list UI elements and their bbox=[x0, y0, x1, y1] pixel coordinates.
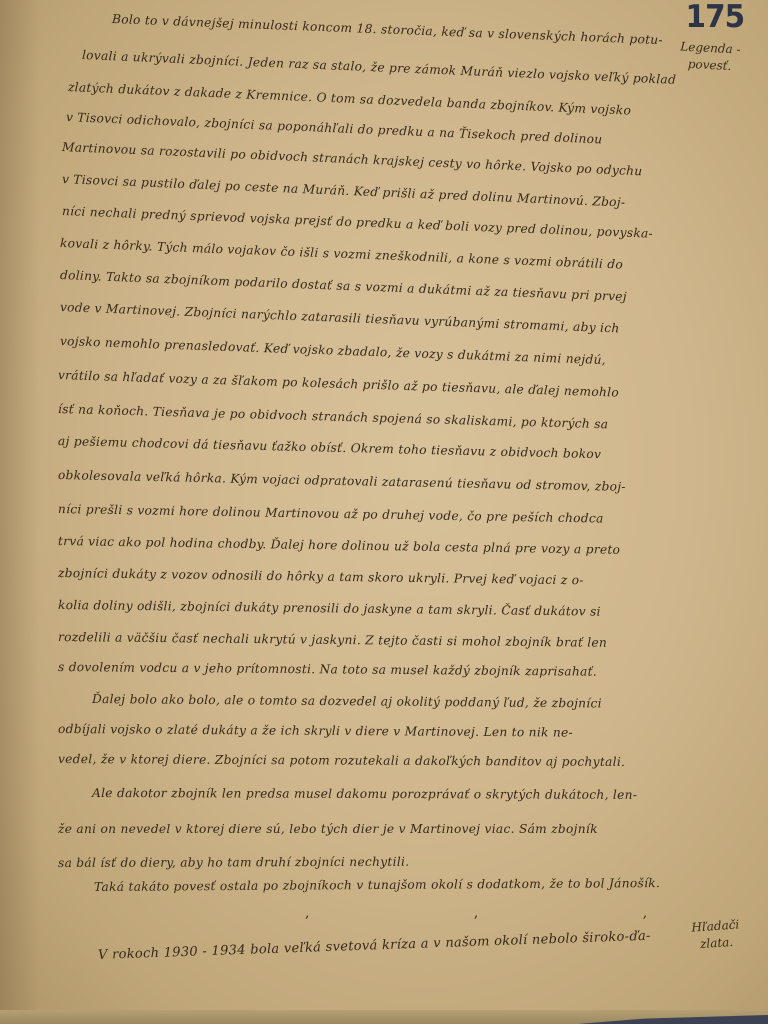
text-line: že ani on nevedel v ktorej diere sú, leb… bbox=[58, 822, 598, 836]
separator-marks: , , , bbox=[305, 905, 727, 921]
text-line: sa bál ísť do diery, aby ho tam druhí zb… bbox=[58, 855, 409, 870]
text-line: zlatých dukátov z dakade z Kremnice. O t… bbox=[68, 80, 632, 118]
text-line: lovali a ukrývali zbojníci. Jeden raz sa… bbox=[82, 48, 677, 87]
text-line: doliny. Takto sa zbojníkom podarilo dost… bbox=[60, 268, 627, 304]
text-line: zbojníci dukáty z vozov odnosili do hôrk… bbox=[58, 566, 584, 587]
text-line: v Tisovci sa pustilo ďalej po ceste na M… bbox=[62, 172, 626, 210]
text-line: vojsko nemohlo prenasledovať. Keď vojsko… bbox=[60, 334, 606, 367]
text-line: v Tisovci odichovalo, zbojníci sa poponá… bbox=[66, 110, 603, 146]
text-line: Martinovou sa rozostavili po obidvoch st… bbox=[62, 140, 643, 178]
text-line: Bolo to v dávnejšej minulosti koncom 18.… bbox=[112, 12, 663, 47]
text-line: kovali z hôrky. Tých málo vojakov čo išl… bbox=[60, 236, 624, 272]
text-line: níci nechali predný sprievod vojska prej… bbox=[62, 204, 654, 241]
text-line: níci prešli s vozmi hore dolinou Martino… bbox=[58, 502, 604, 526]
scanned-page: 175 Legenda - povesť. Hľadači zlata. Bol… bbox=[0, 0, 768, 1024]
text-line: V rokoch 1930 - 1934 bola veľká svetová … bbox=[98, 929, 651, 963]
text-line: vrátilo sa hľadať vozy a za šľakom po ko… bbox=[58, 368, 619, 400]
page-shadow bbox=[0, 0, 40, 1024]
text-line: vedel, že v ktorej diere. Zbojníci sa po… bbox=[58, 752, 625, 769]
text-line: aj pešiemu chodcovi dá tiesňavu ťažko ob… bbox=[58, 434, 602, 461]
text-line: ísť na koňoch. Tiesňava je po obidvoch s… bbox=[58, 402, 609, 431]
margin-note-legend: Legenda - povesť. bbox=[669, 38, 751, 76]
text-line: odbíjali vojsko o zlaté dukáty a že ich … bbox=[58, 722, 573, 740]
page-number: 175 bbox=[686, 0, 745, 34]
text-line: trvá viac ako pol hodina chodby. Ďalej h… bbox=[58, 534, 620, 557]
text-line: rozdelili a väčšiu časť nechali ukrytú v… bbox=[58, 630, 607, 650]
text-line: Ale dakotor zbojník len predsa musel dak… bbox=[92, 786, 637, 802]
text-line: kolia doliny odišli, zbojníci dukáty pre… bbox=[58, 598, 601, 619]
text-line: Ďalej bolo ako bolo, ale o tomto sa dozv… bbox=[92, 692, 602, 710]
text-line: s dovolením vodcu a v jeho prítomnosti. … bbox=[58, 660, 597, 679]
text-line: vode v Martinovej. Zbojníci narýchlo zat… bbox=[60, 300, 620, 335]
text-line: obkolesovala veľká hôrka. Kým vojaci odp… bbox=[58, 468, 626, 494]
text-line: Taká takáto povesť ostala po zbojníkoch … bbox=[94, 876, 660, 894]
margin-note-gold-seekers: Hľadači zlata. bbox=[685, 916, 747, 954]
